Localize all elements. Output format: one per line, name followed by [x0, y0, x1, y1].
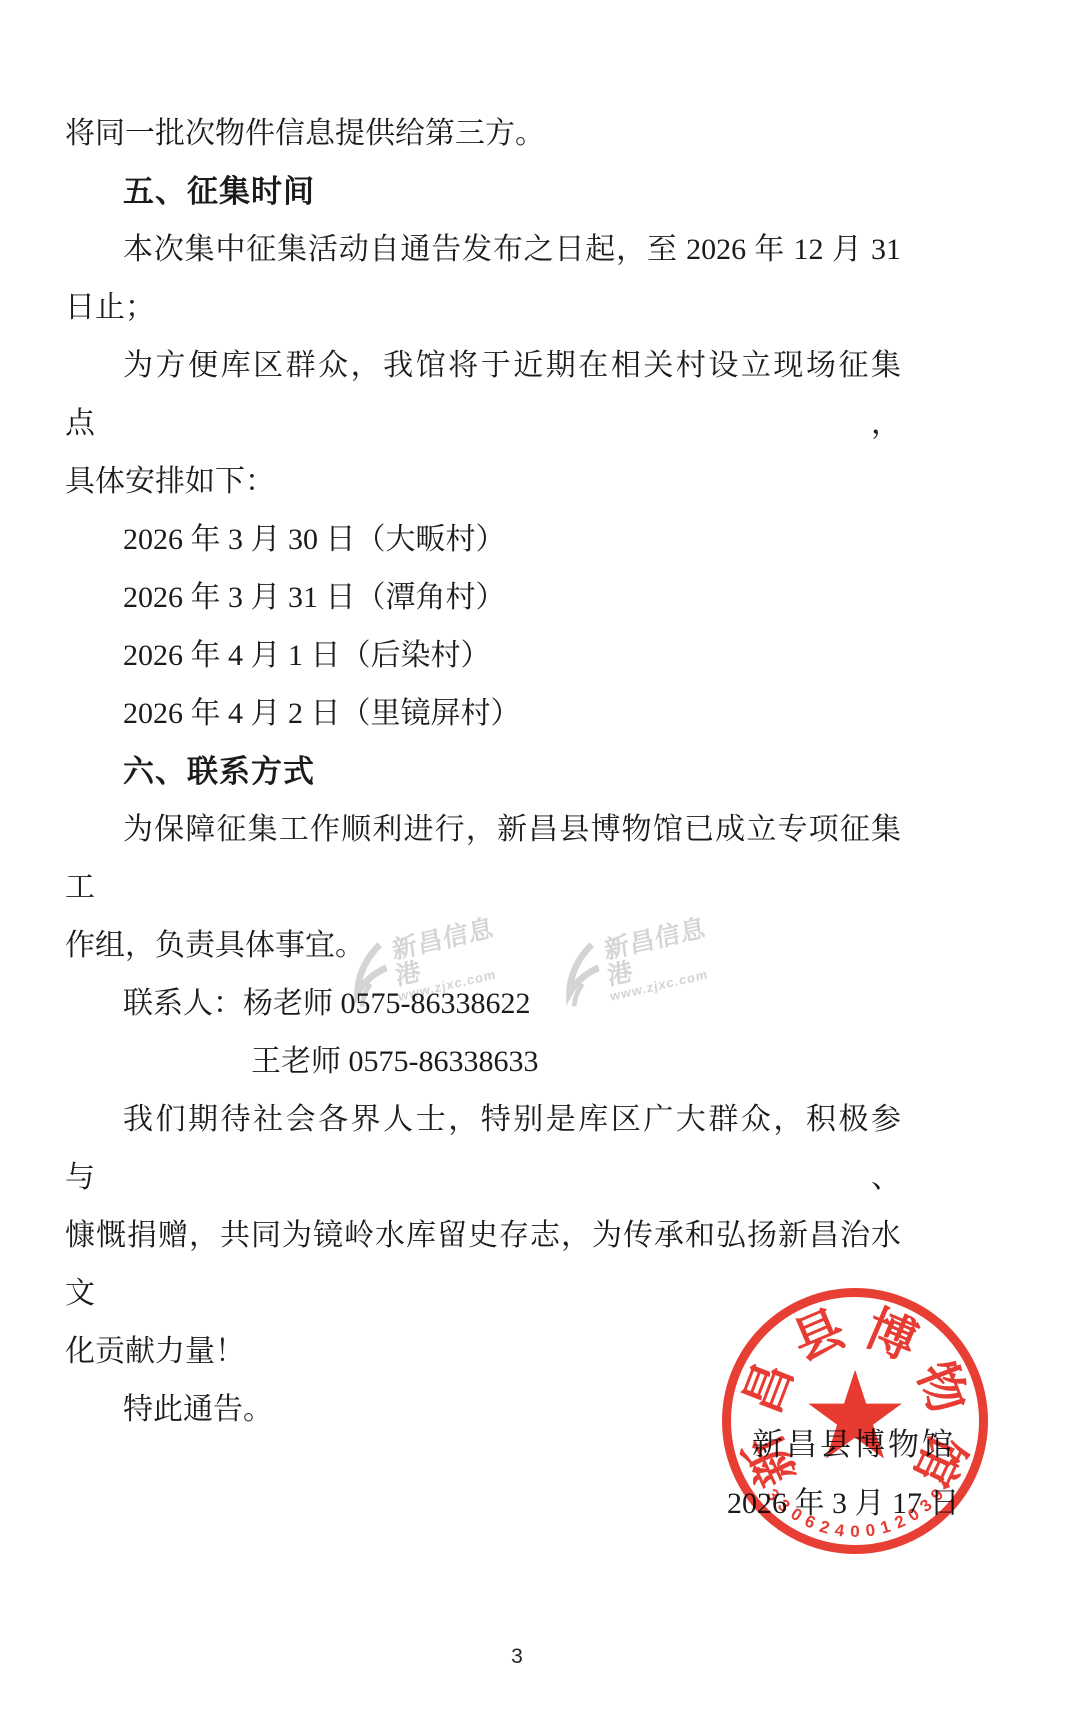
body-line: 作组，负责具体事宜。 — [65, 917, 901, 975]
body-line: 本次集中征集活动自通告发布之日起，至 2026 年 12 月 31 — [65, 221, 901, 279]
seal-serial-digit: 4 — [830, 1520, 849, 1542]
contact-line: 王老师 0575-86338633 — [65, 1033, 901, 1091]
body-line: 日止； — [65, 279, 901, 337]
schedule-line: 2026 年 4 月 1 日（后染村） — [65, 627, 901, 685]
contact-line: 联系人：杨老师 0575-86338622 — [65, 975, 901, 1033]
body-line: 我们期待社会各界人士，特别是库区广大群众，积极参与、 — [65, 1091, 901, 1207]
seal-serial-digit: 0 — [847, 1522, 863, 1542]
body-line: 慷慨捐赠，共同为镜岭水库留史存志，为传承和弘扬新昌治水文 — [65, 1207, 901, 1323]
signature-organization: 新昌县博物馆 — [752, 1419, 956, 1464]
seal-serial-digit: 0 — [861, 1520, 880, 1542]
schedule-line: 2026 年 4 月 2 日（里镜屏村） — [65, 685, 901, 743]
body-line: 将同一批次物件信息提供给第三方。 — [65, 105, 901, 163]
schedule-line: 2026 年 3 月 30 日（大畈村） — [65, 511, 901, 569]
section-heading: 六、联系方式 — [65, 743, 901, 801]
body-line: 化贡献力量！ — [65, 1323, 901, 1381]
schedule-line: 2026 年 3 月 31 日（潭角村） — [65, 569, 901, 627]
signature-date: 2026 年 3 月 17 日 — [727, 1478, 960, 1522]
section-heading: 五、征集时间 — [65, 163, 901, 221]
document-page: 新昌信息港 www.zjxc.com 新昌信息港 www.zjxc.com 将同… — [0, 0, 1080, 1719]
page-number: 3 — [511, 1645, 523, 1669]
body-line: 具体安排如下： — [65, 453, 901, 511]
document-body: 将同一批次物件信息提供给第三方。 五、征集时间 本次集中征集活动自通告发布之日起… — [65, 105, 901, 1439]
body-line: 为保障征集工作顺利进行，新昌县博物馆已成立专项征集工 — [65, 801, 901, 917]
body-line: 为方便库区群众，我馆将于近期在相关村设立现场征集点， — [65, 337, 901, 453]
seal-character: 物 — [907, 1353, 977, 1423]
